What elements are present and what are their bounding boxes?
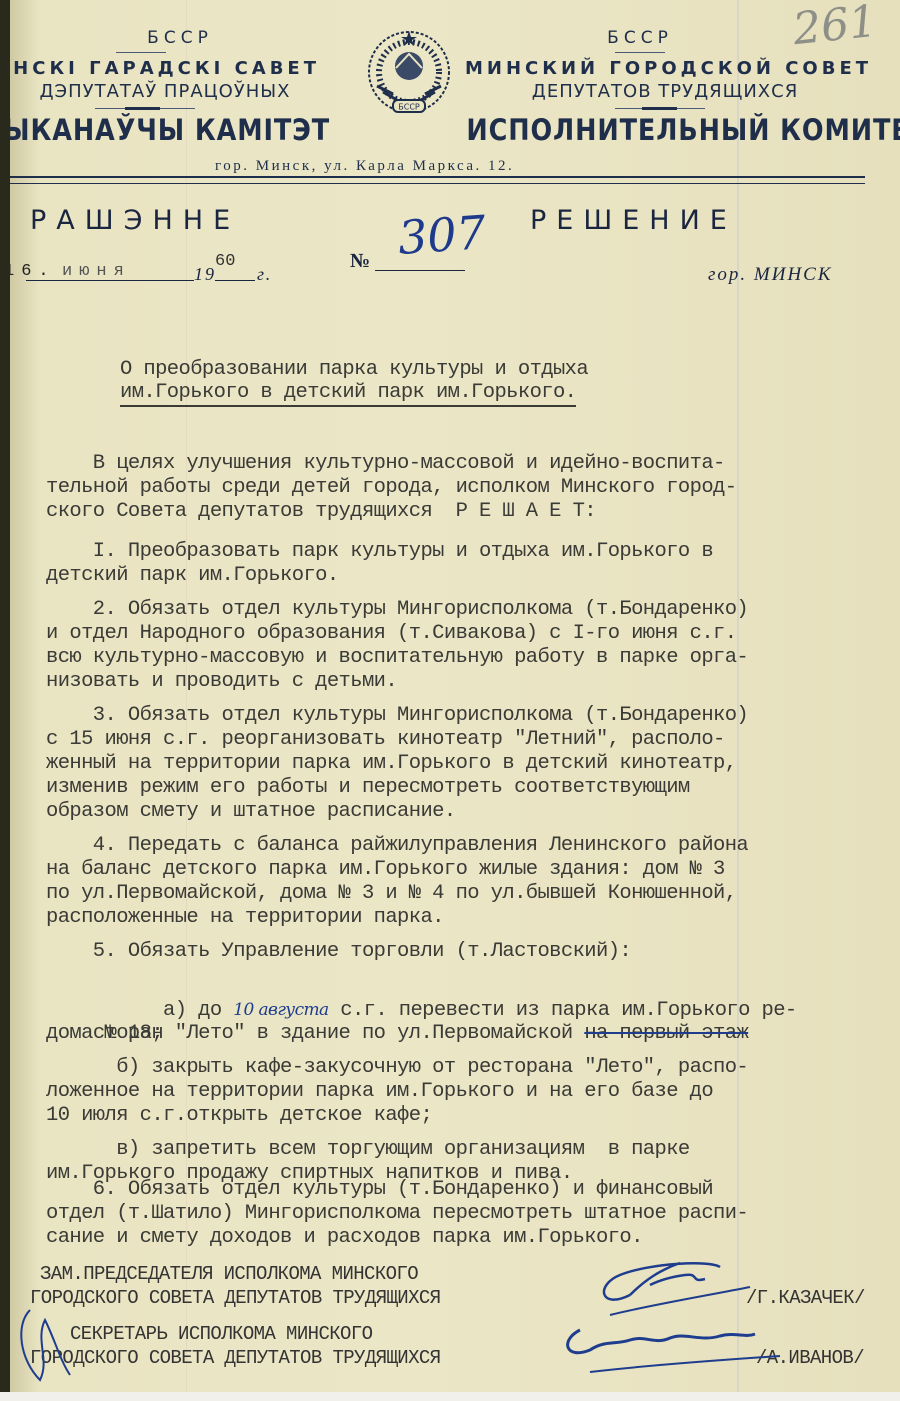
item-4-line-2: на баланс детского парка им.Горького жил… xyxy=(46,858,725,882)
preamble-line-1: В целях улучшения культурно-массовой и и… xyxy=(46,452,725,476)
item-5c-line-1: в) запретить всем торгующим организациям… xyxy=(46,1138,690,1162)
date-month: июня xyxy=(62,262,131,281)
signature-1-title-line-2: ГОРОДСКОГО СОВЕТА ДЕПУТАТОВ ТРУДЯЩИХСЯ xyxy=(30,1286,440,1310)
item-5a-struck-text: на первый этаж xyxy=(584,1022,748,1045)
letterhead-address: гор. Минск, ул. Карла Маркса. 12. xyxy=(215,158,514,175)
date-year-prefix: 19 xyxy=(194,264,216,285)
date-day: 16. xyxy=(10,262,56,281)
item-5b-line-1: б) закрыть кафе-закусочную от ресторана … xyxy=(46,1056,748,1080)
item-5a-line-3: дома № 18; xyxy=(46,1022,163,1046)
letterhead-rule xyxy=(10,176,865,184)
letterhead-right-republic: БССР xyxy=(540,28,740,48)
item-4-line-1: 4. Передать с баланса райжилуправления Л… xyxy=(46,834,748,858)
date-year-unit: г. xyxy=(257,264,272,285)
date-year-suffix: 60 xyxy=(215,252,235,271)
divider xyxy=(615,52,665,53)
item-6-line-1: 6. Обязать отдел культуры (т.Бондаренко)… xyxy=(46,1178,713,1202)
item-5a-line-2-text: сторан "Лето" в здание по ул.Первомайско… xyxy=(93,1022,585,1045)
number-label: № xyxy=(350,250,370,273)
signature-2-title-line-1: СЕКРЕТАРЬ ИСПОЛКОМА МИНСКОГО xyxy=(70,1322,372,1346)
decision-number-handwritten: 307 xyxy=(396,205,487,265)
item-2-line-1: 2. Обязать отдел культуры Мингорисполком… xyxy=(46,598,748,622)
decision-place: гор. МИНСК xyxy=(708,264,832,286)
letterhead-right-council: МИНСКИЙ ГОРОДСКОЙ СОВЕТ xyxy=(465,58,865,79)
letterhead-left-republic: БССР xyxy=(80,28,280,48)
item-3-line-2: с 15 июня с.г. реорганизовать кинотеатр … xyxy=(46,728,725,752)
item-5b-line-3: 10 июля с.г.открыть детское кафе; xyxy=(46,1104,432,1128)
item-1-line-2: детский парк им.Горького. xyxy=(46,564,339,588)
item-3-line-5: образом смету и штатное расписание. xyxy=(46,800,456,824)
letterhead-left-council: МІНСКІ ГАРАДСКІ САВЕТ xyxy=(10,58,320,79)
item-2-line-4: низовать и проводить с детьми. xyxy=(46,670,397,694)
divider xyxy=(116,52,166,53)
decision-title-ru: РЕШЕНИЕ xyxy=(530,205,737,236)
signature-2-title-line-2: ГОРОДСКОГО СОВЕТА ДЕПУТАТОВ ТРУДЯЩИХСЯ xyxy=(30,1346,440,1370)
signature-ivanov-icon xyxy=(560,1310,790,1380)
subject-line-2: им.Горького в детский парк им.Горького. xyxy=(120,381,576,407)
item-2-line-3: всю культурно-массовую и воспитательную … xyxy=(46,646,748,670)
svg-text:БССР: БССР xyxy=(398,103,420,112)
letterhead-left-deputies: ДЭПУТАТАЎ ПРАЦОЎНЫХ xyxy=(20,81,310,102)
item-4-line-4: расположенные на территории парка. xyxy=(46,906,444,930)
item-5-intro: 5. Обязать Управление торговли (т.Ластов… xyxy=(46,940,631,964)
document-page: 261 БССР МІНСКІ ГАРАДСКІ САВЕТ ДЭПУТАТАЎ… xyxy=(10,0,900,1392)
decision-title-by: РАШЭННЕ xyxy=(30,205,240,236)
margin-initials-icon xyxy=(10,1300,80,1390)
letterhead-right-committee: ИСПОЛНИТЕЛЬНЫЙ КОМИТЕТ xyxy=(466,113,853,147)
subject-line-1: О преобразовании парка культуры и отдыха xyxy=(120,358,588,382)
item-2-line-2: и отдел Народного образования (т.Сиваков… xyxy=(46,622,736,646)
signature-1-title-line-1: ЗАМ.ПРЕДСЕДАТЕЛЯ ИСПОЛКОМА МИНСКОГО xyxy=(40,1262,418,1286)
item-6-line-2: отдел (т.Шатило) Мингорисполкома пересмо… xyxy=(46,1202,748,1226)
item-3-line-3: женный на территории парка им.Горького в… xyxy=(46,752,736,776)
bssr-emblem-icon: БССР xyxy=(363,28,455,120)
item-5b-line-2: ложенное на территории парка им.Горького… xyxy=(46,1080,713,1104)
letterhead-right-deputies: ДЕПУТАТОВ ТРУДЯЩИХСЯ xyxy=(495,81,835,102)
date-year-line xyxy=(215,280,255,281)
letterhead-left-committee: ВЫКАНАЎЧЫ КАМІТЭТ xyxy=(10,113,317,147)
item-3-line-4: изменив режим его работы и пересмотреть … xyxy=(46,776,690,800)
preamble-line-2: тельной работы среди детей города, испол… xyxy=(46,476,736,500)
item-4-line-3: по ул.Первомайской, дома № 3 и № 4 по ул… xyxy=(46,882,736,906)
page-bottom-edge xyxy=(0,1392,900,1401)
divider xyxy=(642,107,677,110)
preamble-line-3: ского Совета депутатов трудящихся Р Е Ш … xyxy=(46,500,596,524)
item-1-line-1: I. Преобразовать парк культуры и отдыха … xyxy=(46,540,713,564)
fold-line xyxy=(737,0,739,1392)
signature-1-name: /Г.КАЗАЧЕК/ xyxy=(746,1286,865,1310)
item-3-line-1: 3. Обязать отдел культуры Мингорисполком… xyxy=(46,704,748,728)
divider xyxy=(125,107,160,110)
item-6-line-3: сание и смету доходов и расходов парка и… xyxy=(46,1226,643,1250)
number-line xyxy=(375,270,465,271)
archive-page-number: 261 xyxy=(791,0,880,55)
